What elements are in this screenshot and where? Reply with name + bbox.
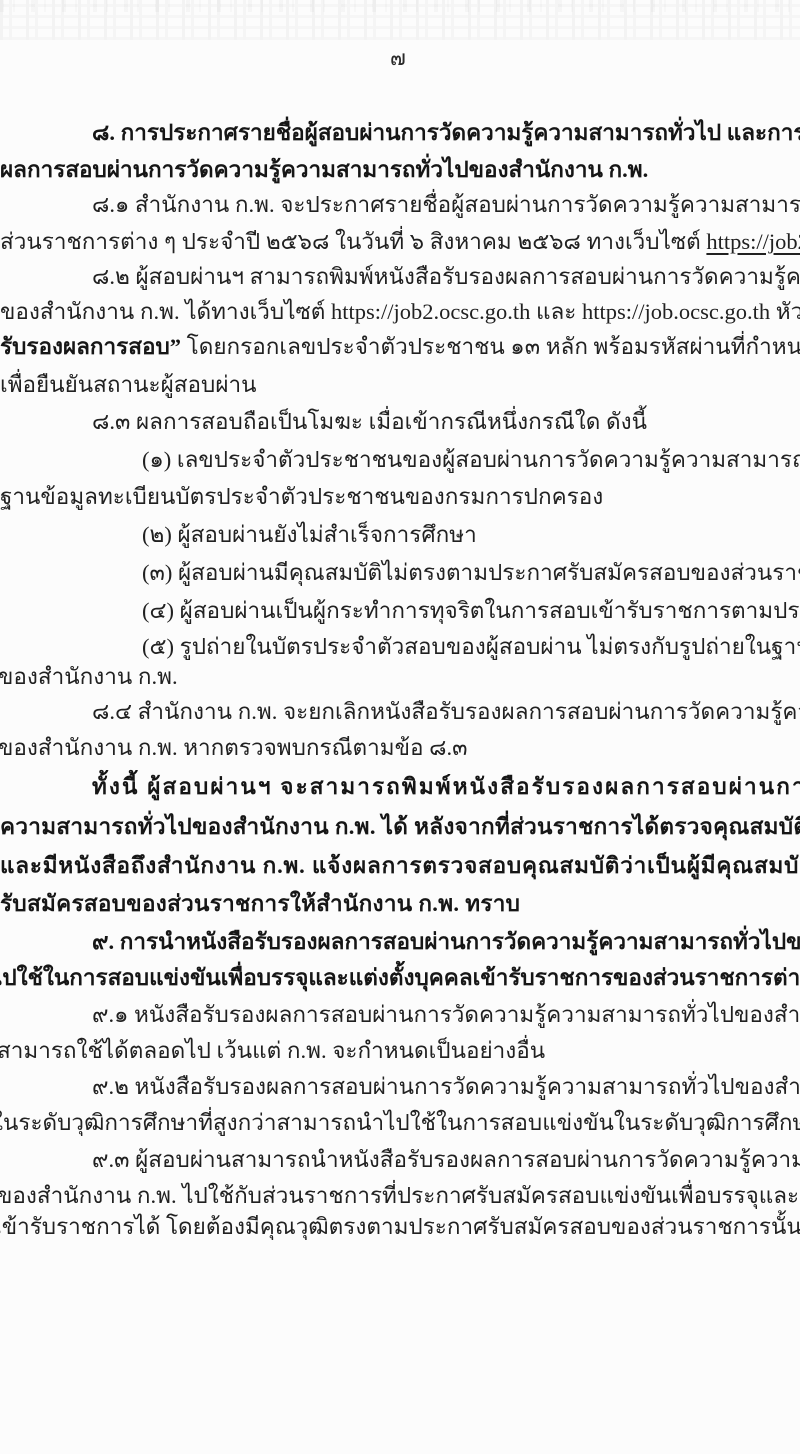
clause-9-2-line-2: ในระดับวุฒิการศึกษาที่สูงกว่าสามารถนำไปใ… bbox=[0, 1108, 800, 1138]
page-number: ๗ bbox=[390, 42, 406, 75]
text-segment: ๙.๓ ผู้สอบผ่านสามารถนำหนังสือรับรองผลการ… bbox=[92, 1147, 800, 1172]
scan-noise-bottom bbox=[0, 0, 800, 40]
clause-8-3-item-1-line-1: (๑) เลขประจำตัวประชาชนของผู้สอบผ่านการวั… bbox=[142, 445, 800, 475]
clause-8-3-item-1-line-2: ฐานข้อมูลทะเบียนบัตรประจำตัวประชาชนของกร… bbox=[0, 482, 603, 512]
clause-9-1-line-1: ๙.๑ หนังสือรับรองผลการสอบผ่านการวัดความร… bbox=[92, 1000, 800, 1030]
text-segment: ความสามารถทั่วไปของสำนักงาน ก.พ. ได้ หลั… bbox=[0, 814, 800, 839]
clause-8-3-item-4: (๔) ผู้สอบผ่านเป็นผู้กระทำการทุจริตในการ… bbox=[142, 596, 800, 626]
note-paragraph-line-4: รับสมัครสอบของส่วนราชการให้สำนักงาน ก.พ.… bbox=[0, 889, 520, 919]
note-paragraph-line-3: และมีหนังสือถึงสำนักงาน ก.พ. แจ้งผลการตร… bbox=[0, 851, 800, 881]
clause-9-3-line-1: ๙.๓ ผู้สอบผ่านสามารถนำหนังสือรับรองผลการ… bbox=[92, 1145, 800, 1175]
text-segment: ๙.๒ หนังสือรับรองผลการสอบผ่านการวัดความร… bbox=[92, 1074, 800, 1099]
clause-8-4-line-2: ของสำนักงาน ก.พ. หากตรวจพบกรณีตามข้อ ๘.๓ bbox=[0, 733, 467, 763]
text-segment: เพื่อยืนยันสถานะผู้สอบผ่าน bbox=[0, 372, 257, 397]
clause-8-3-item-3: (๓) ผู้สอบผ่านมีคุณสมบัติไม่ตรงตามประกาศ… bbox=[142, 558, 800, 588]
text-segment: ฐานข้อมูลทะเบียนบัตรประจำตัวประชาชนของกร… bbox=[0, 484, 603, 509]
clause-8-3-item-2: (๒) ผู้สอบผ่านยังไม่สำเร็จการศึกษา bbox=[142, 520, 477, 550]
scan-noise-top bbox=[0, 0, 800, 12]
text-segment: รับสมัครสอบของส่วนราชการให้สำนักงาน ก.พ.… bbox=[0, 891, 520, 916]
text-segment: ๘.๑ สำนักงาน ก.พ. จะประกาศรายชื่อผู้สอบผ… bbox=[92, 192, 800, 217]
text-segment: และมีหนังสือถึงสำนักงาน ก.พ. แจ้งผลการตร… bbox=[0, 853, 800, 878]
section-9-heading-line-2: ไปใช้ในการสอบแข่งขันเพื่อบรรจุและแต่งตั้… bbox=[0, 963, 800, 993]
text-segment: ๘.๒ ผู้สอบผ่านฯ สามารถพิมพ์หนังสือรับรอง… bbox=[92, 264, 800, 289]
clause-8-2-line-4: เพื่อยืนยันสถานะผู้สอบผ่าน bbox=[0, 370, 257, 400]
clause-9-2-line-1: ๙.๒ หนังสือรับรองผลการสอบผ่านการวัดความร… bbox=[92, 1072, 800, 1102]
text-segment: ในระดับวุฒิการศึกษาที่สูงกว่าสามารถนำไปใ… bbox=[0, 1110, 800, 1135]
text-segment: ของสำนักงาน ก.พ. ไปใช้กับส่วนราชการที่ปร… bbox=[0, 1183, 800, 1208]
clause-8-2-line-1: ๘.๒ ผู้สอบผ่านฯ สามารถพิมพ์หนังสือรับรอง… bbox=[92, 262, 800, 292]
scanned-document-page: ๗ ๘. การประกาศรายชื่อผู้สอบผ่านการวัดควา… bbox=[0, 0, 800, 1454]
note-paragraph-line-1: ทั้งนี้ ผู้สอบผ่านฯ จะสามารถพิมพ์หนังสือ… bbox=[92, 772, 800, 802]
clause-9-3-line-2: ของสำนักงาน ก.พ. ไปใช้กับส่วนราชการที่ปร… bbox=[0, 1181, 800, 1211]
text-segment: ส่วนราชการต่าง ๆ ประจำปี ๒๕๖๘ ในวันที่ ๖… bbox=[0, 229, 706, 254]
clause-8-4-line-1: ๘.๔ สำนักงาน ก.พ. จะยกเลิกหนังสือรับรองผ… bbox=[92, 697, 800, 727]
clause-8-3-line-1: ๘.๓ ผลการสอบถือเป็นโมฆะ เมื่อเข้ากรณีหนึ… bbox=[92, 407, 647, 437]
text-segment: ๘.๓ ผลการสอบถือเป็นโมฆะ เมื่อเข้ากรณีหนึ… bbox=[92, 409, 647, 434]
job2-url-link: https://job2.ocsc.go.th bbox=[706, 229, 800, 254]
text-segment: ๘. การประกาศรายชื่อผู้สอบผ่านการวัดความร… bbox=[92, 120, 800, 145]
clause-8-2-line-2: ของสำนักงาน ก.พ. ได้ทางเว็บไซต์ https://… bbox=[0, 297, 800, 327]
text-segment: ๙. การนำหนังสือรับรองผลการสอบผ่านการวัดค… bbox=[92, 929, 800, 954]
clause-8-2-line-3: รับรองผลการสอบ” โดยกรอกเลขประจำตัวประชาช… bbox=[0, 332, 800, 362]
text-segment: (๒) ผู้สอบผ่านยังไม่สำเร็จการศึกษา bbox=[142, 522, 477, 547]
text-segment: ไปใช้ในการสอบแข่งขันเพื่อบรรจุและแต่งตั้… bbox=[0, 965, 800, 990]
text-segment: ของสำนักงาน ก.พ. bbox=[0, 664, 178, 689]
clause-9-1-line-2: สามารถใช้ได้ตลอดไป เว้นแต่ ก.พ. จะกำหนดเ… bbox=[0, 1036, 545, 1066]
text-segment: ของสำนักงาน ก.พ. หากตรวจพบกรณีตามข้อ ๘.๓ bbox=[0, 735, 467, 760]
section-9-heading-line-1: ๙. การนำหนังสือรับรองผลการสอบผ่านการวัดค… bbox=[92, 927, 800, 957]
clause-8-3-item-5-line-2: ของสำนักงาน ก.พ. bbox=[0, 662, 178, 692]
text-segment: ๘.๔ สำนักงาน ก.พ. จะยกเลิกหนังสือรับรองผ… bbox=[92, 699, 800, 724]
clause-8-3-item-5-line-1: (๕) รูปถ่ายในบัตรประจำตัวสอบของผู้สอบผ่า… bbox=[142, 632, 800, 662]
text-segment: (๓) ผู้สอบผ่านมีคุณสมบัติไม่ตรงตามประกาศ… bbox=[142, 560, 800, 585]
clause-8-1-line-1: ๘.๑ สำนักงาน ก.พ. จะประกาศรายชื่อผู้สอบผ… bbox=[92, 190, 800, 220]
text-segment: (๔) ผู้สอบผ่านเป็นผู้กระทำการทุจริตในการ… bbox=[142, 598, 800, 623]
note-paragraph-line-2: ความสามารถทั่วไปของสำนักงาน ก.พ. ได้ หลั… bbox=[0, 812, 800, 842]
section-8-heading-line-2: ผลการสอบผ่านการวัดความรู้ความสามารถทั่วไ… bbox=[0, 155, 648, 185]
section-8-heading-line-1: ๘. การประกาศรายชื่อผู้สอบผ่านการวัดความร… bbox=[92, 118, 800, 148]
clause-9-3-line-3: เข้ารับราชการได้ โดยต้องมีคุณวุฒิตรงตามป… bbox=[0, 1212, 800, 1242]
text-segment: ผลการสอบผ่านการวัดความรู้ความสามารถทั่วไ… bbox=[0, 157, 648, 182]
clause-8-1-line-2: ส่วนราชการต่าง ๆ ประจำปี ๒๕๖๘ ในวันที่ ๖… bbox=[0, 227, 800, 257]
text-segment: ๙.๑ หนังสือรับรองผลการสอบผ่านการวัดความร… bbox=[92, 1002, 800, 1027]
text-segment: ของสำนักงาน ก.พ. ได้ทางเว็บไซต์ https://… bbox=[0, 299, 800, 324]
text-segment: (๑) เลขประจำตัวประชาชนของผู้สอบผ่านการวั… bbox=[142, 447, 800, 472]
text-segment: (๕) รูปถ่ายในบัตรประจำตัวสอบของผู้สอบผ่า… bbox=[142, 634, 800, 659]
text-segment: โดยกรอกเลขประจำตัวประชาชน ๑๓ หลัก พร้อมร… bbox=[181, 334, 800, 359]
print-certificate-menu-label-2: รับรองผลการสอบ” bbox=[0, 334, 181, 359]
text-segment: ทั้งนี้ ผู้สอบผ่านฯ จะสามารถพิมพ์หนังสือ… bbox=[92, 774, 800, 799]
text-segment: สามารถใช้ได้ตลอดไป เว้นแต่ ก.พ. จะกำหนดเ… bbox=[0, 1038, 545, 1063]
text-segment: เข้ารับราชการได้ โดยต้องมีคุณวุฒิตรงตามป… bbox=[0, 1214, 800, 1239]
